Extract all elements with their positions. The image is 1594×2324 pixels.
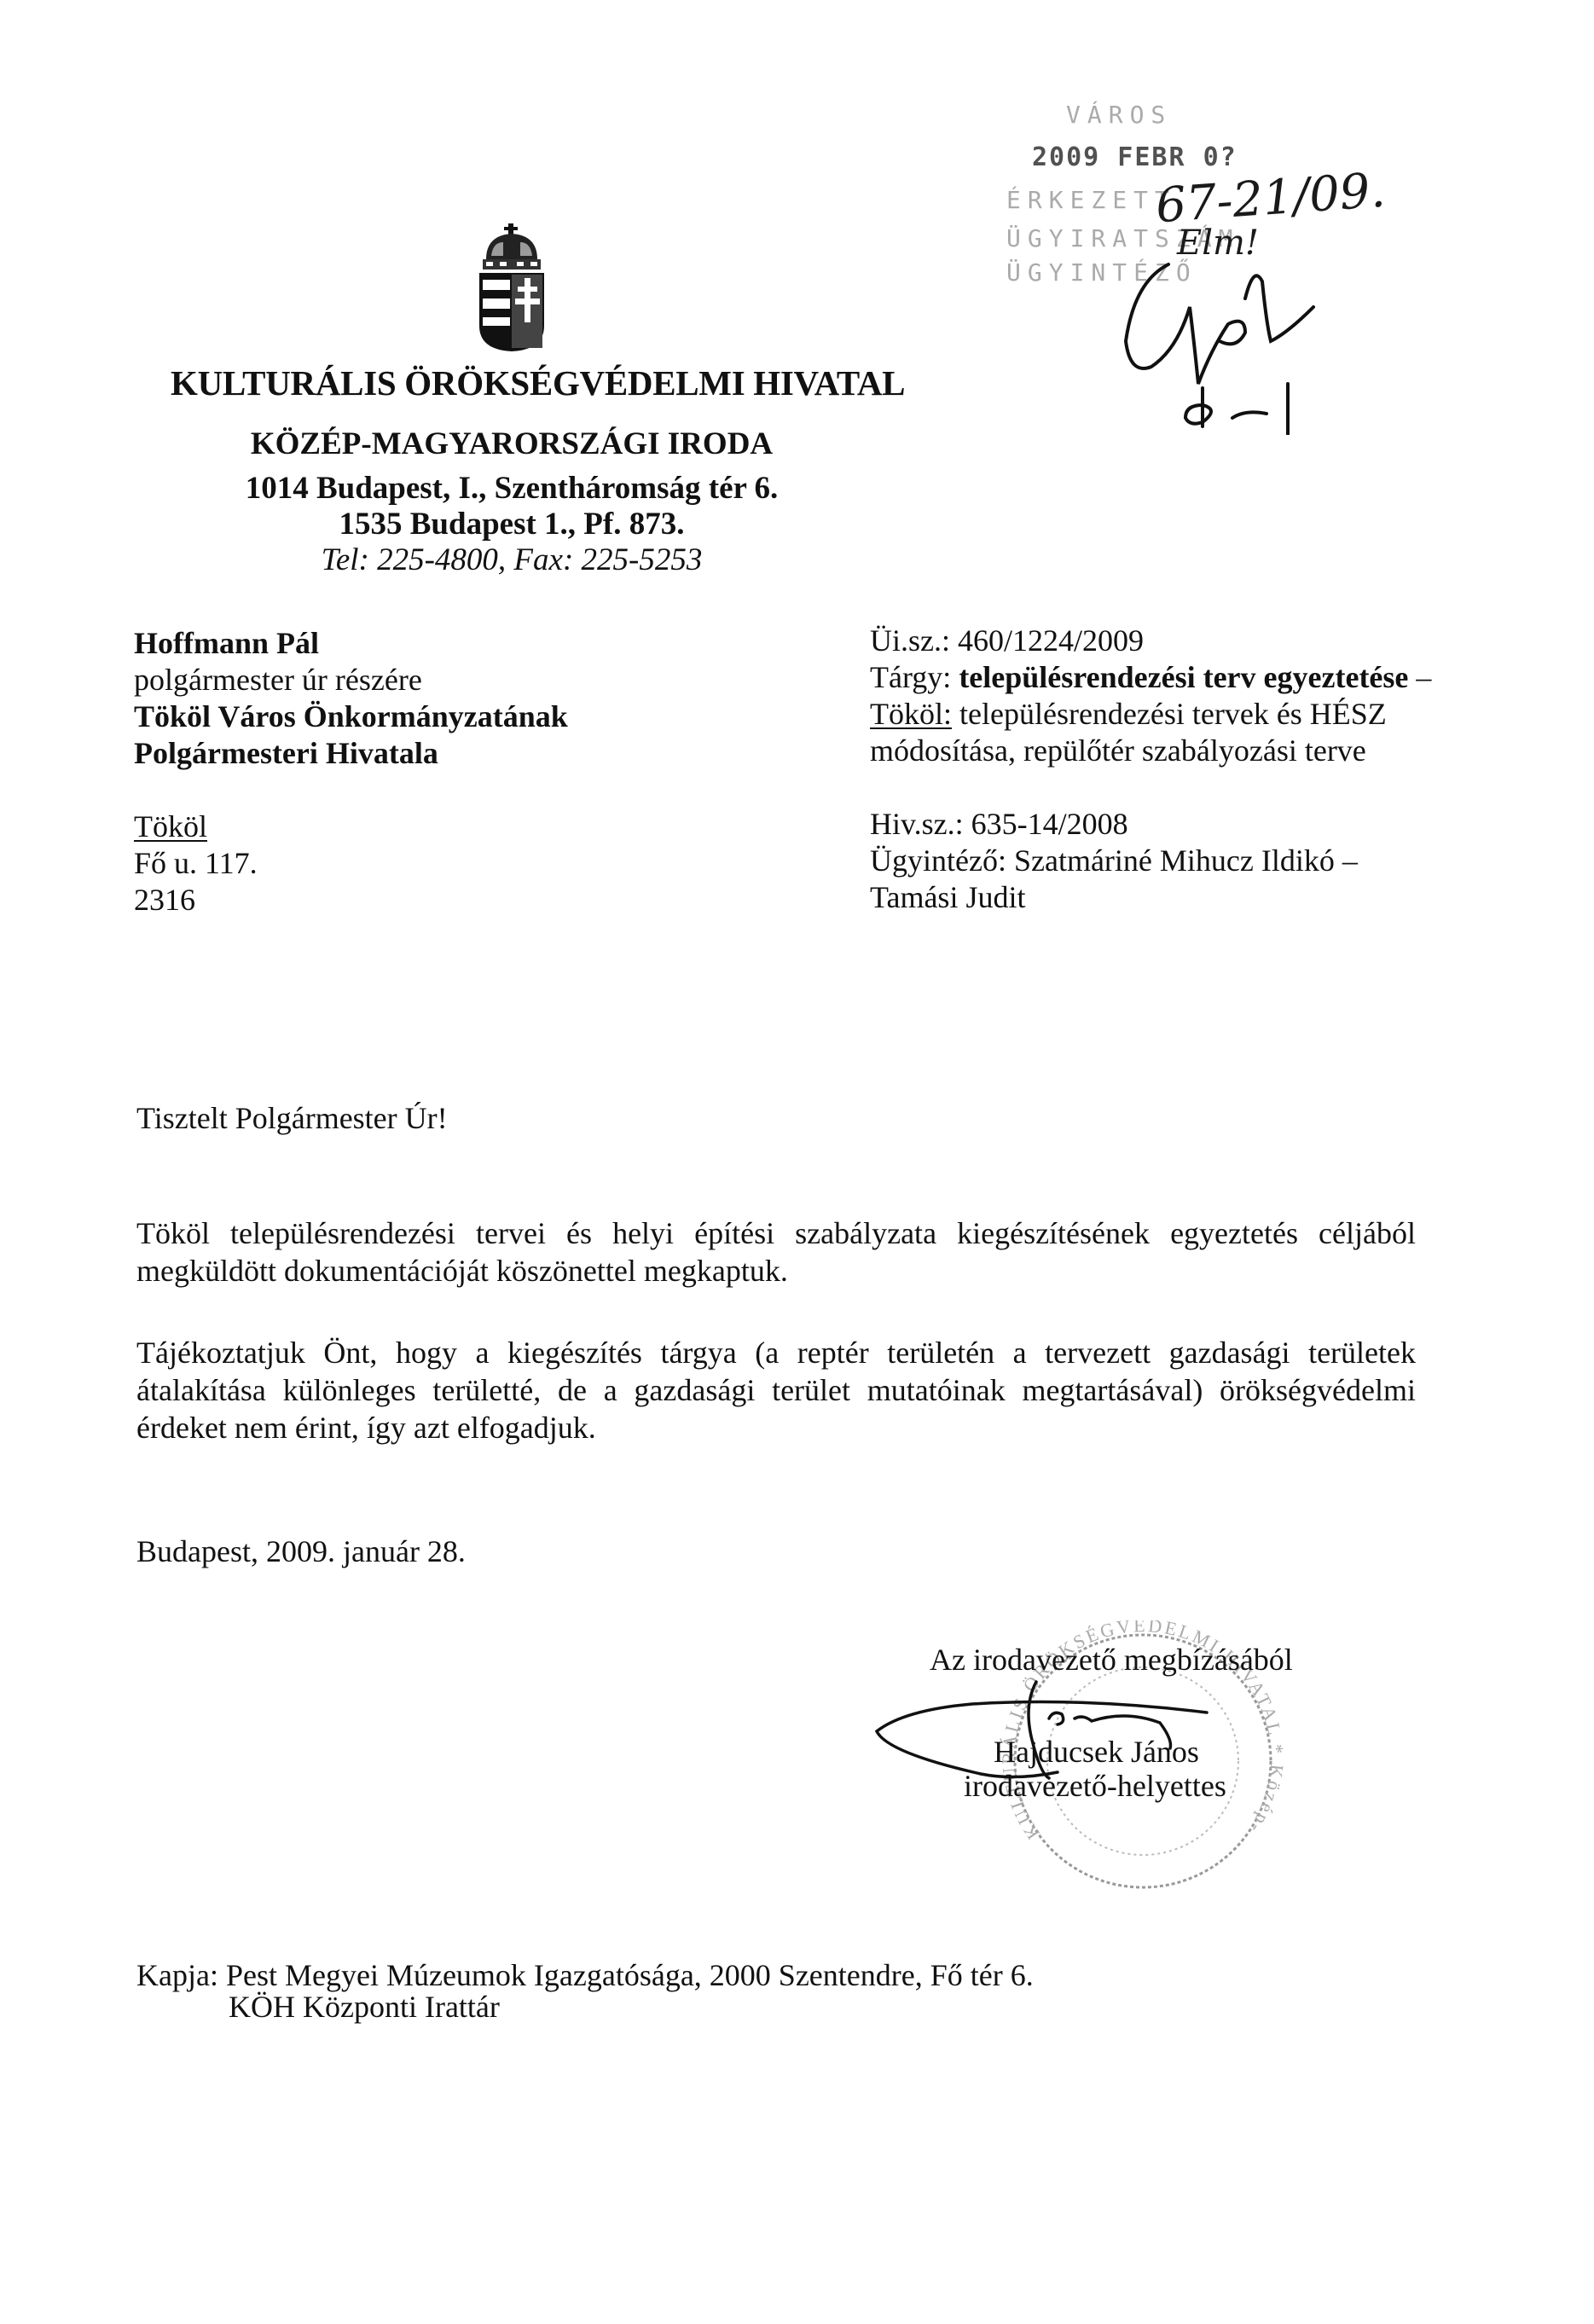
coat-of-arms-icon <box>478 223 546 353</box>
handwritten-initials-icon <box>1117 213 1373 435</box>
addressee-postcode: 2316 <box>134 882 568 919</box>
your-reference: Hiv.sz.: 635-14/2008 <box>870 806 1433 843</box>
our-reference: Üi.sz.: 460/1224/2009 <box>870 623 1433 659</box>
office-header: KÖZÉP-MAGYARORSZÁGI IRODA 1014 Budapest,… <box>0 426 1023 578</box>
case-officer: Ügyintéző: Szatmáriné Mihucz Ildikó – Ta… <box>870 843 1433 916</box>
addressee-block: Hoffmann Pál polgármester úr részére Tök… <box>134 625 568 919</box>
date-line: Budapest, 2009. január 28. <box>136 1533 466 1569</box>
copy-to-label: Kapja: <box>136 1958 218 1992</box>
reference-block: Üi.sz.: 460/1224/2009 Tárgy: településre… <box>870 623 1433 916</box>
salutation: Tisztelt Polgármester Úr! <box>136 1100 448 1136</box>
body-paragraph: Tájékoztatjuk Önt, hogy a kiegészítés tá… <box>136 1334 1416 1446</box>
organization-name: KULTURÁLIS ÖRÖKSÉGVÉDELMI HIVATAL <box>171 362 905 403</box>
addressee-institution-2: Polgármesteri Hivatala <box>134 735 568 772</box>
office-address: 1014 Budapest, I., Szentháromság tér 6. <box>0 471 1023 507</box>
stamp-line-city: VÁROS <box>1006 94 1262 136</box>
office-name: KÖZÉP-MAGYARORSZÁGI IRODA <box>0 426 1023 462</box>
office-contact: Tel: 225-4800, Fax: 225-5253 <box>0 542 1023 578</box>
stamp-line-date: 2009 FEBR 0? <box>1006 136 1262 179</box>
subject: Tárgy: településrendezési terv egyezteté… <box>870 659 1433 769</box>
copy-to-block: Kapja: Pest Megyei Múzeumok Igazgatósága… <box>136 1960 1034 2023</box>
subject-place: Tököl: <box>870 697 952 731</box>
subject-bold: településrendezési terv egyeztetése <box>959 660 1408 694</box>
addressee-city: Tököl <box>134 809 207 843</box>
addressee-role: polgármester úr részére <box>134 662 568 698</box>
addressee-name: Hoffmann Pál <box>134 625 568 662</box>
copy-recipient: Pest Megyei Múzeumok Igazgatósága, 2000 … <box>226 1958 1034 1992</box>
body-paragraph: Tököl településrendezési tervei és helyi… <box>136 1214 1416 1290</box>
copy-recipient: KÖH Központi Irattár <box>136 1991 1034 2023</box>
addressee-institution: Tököl Város Önkormányzatának <box>134 698 568 735</box>
addressee-street: Fő u. 117. <box>134 845 568 882</box>
office-po-box: 1535 Budapest 1., Pf. 873. <box>0 507 1023 542</box>
handwritten-signature-icon <box>870 1672 1211 1782</box>
